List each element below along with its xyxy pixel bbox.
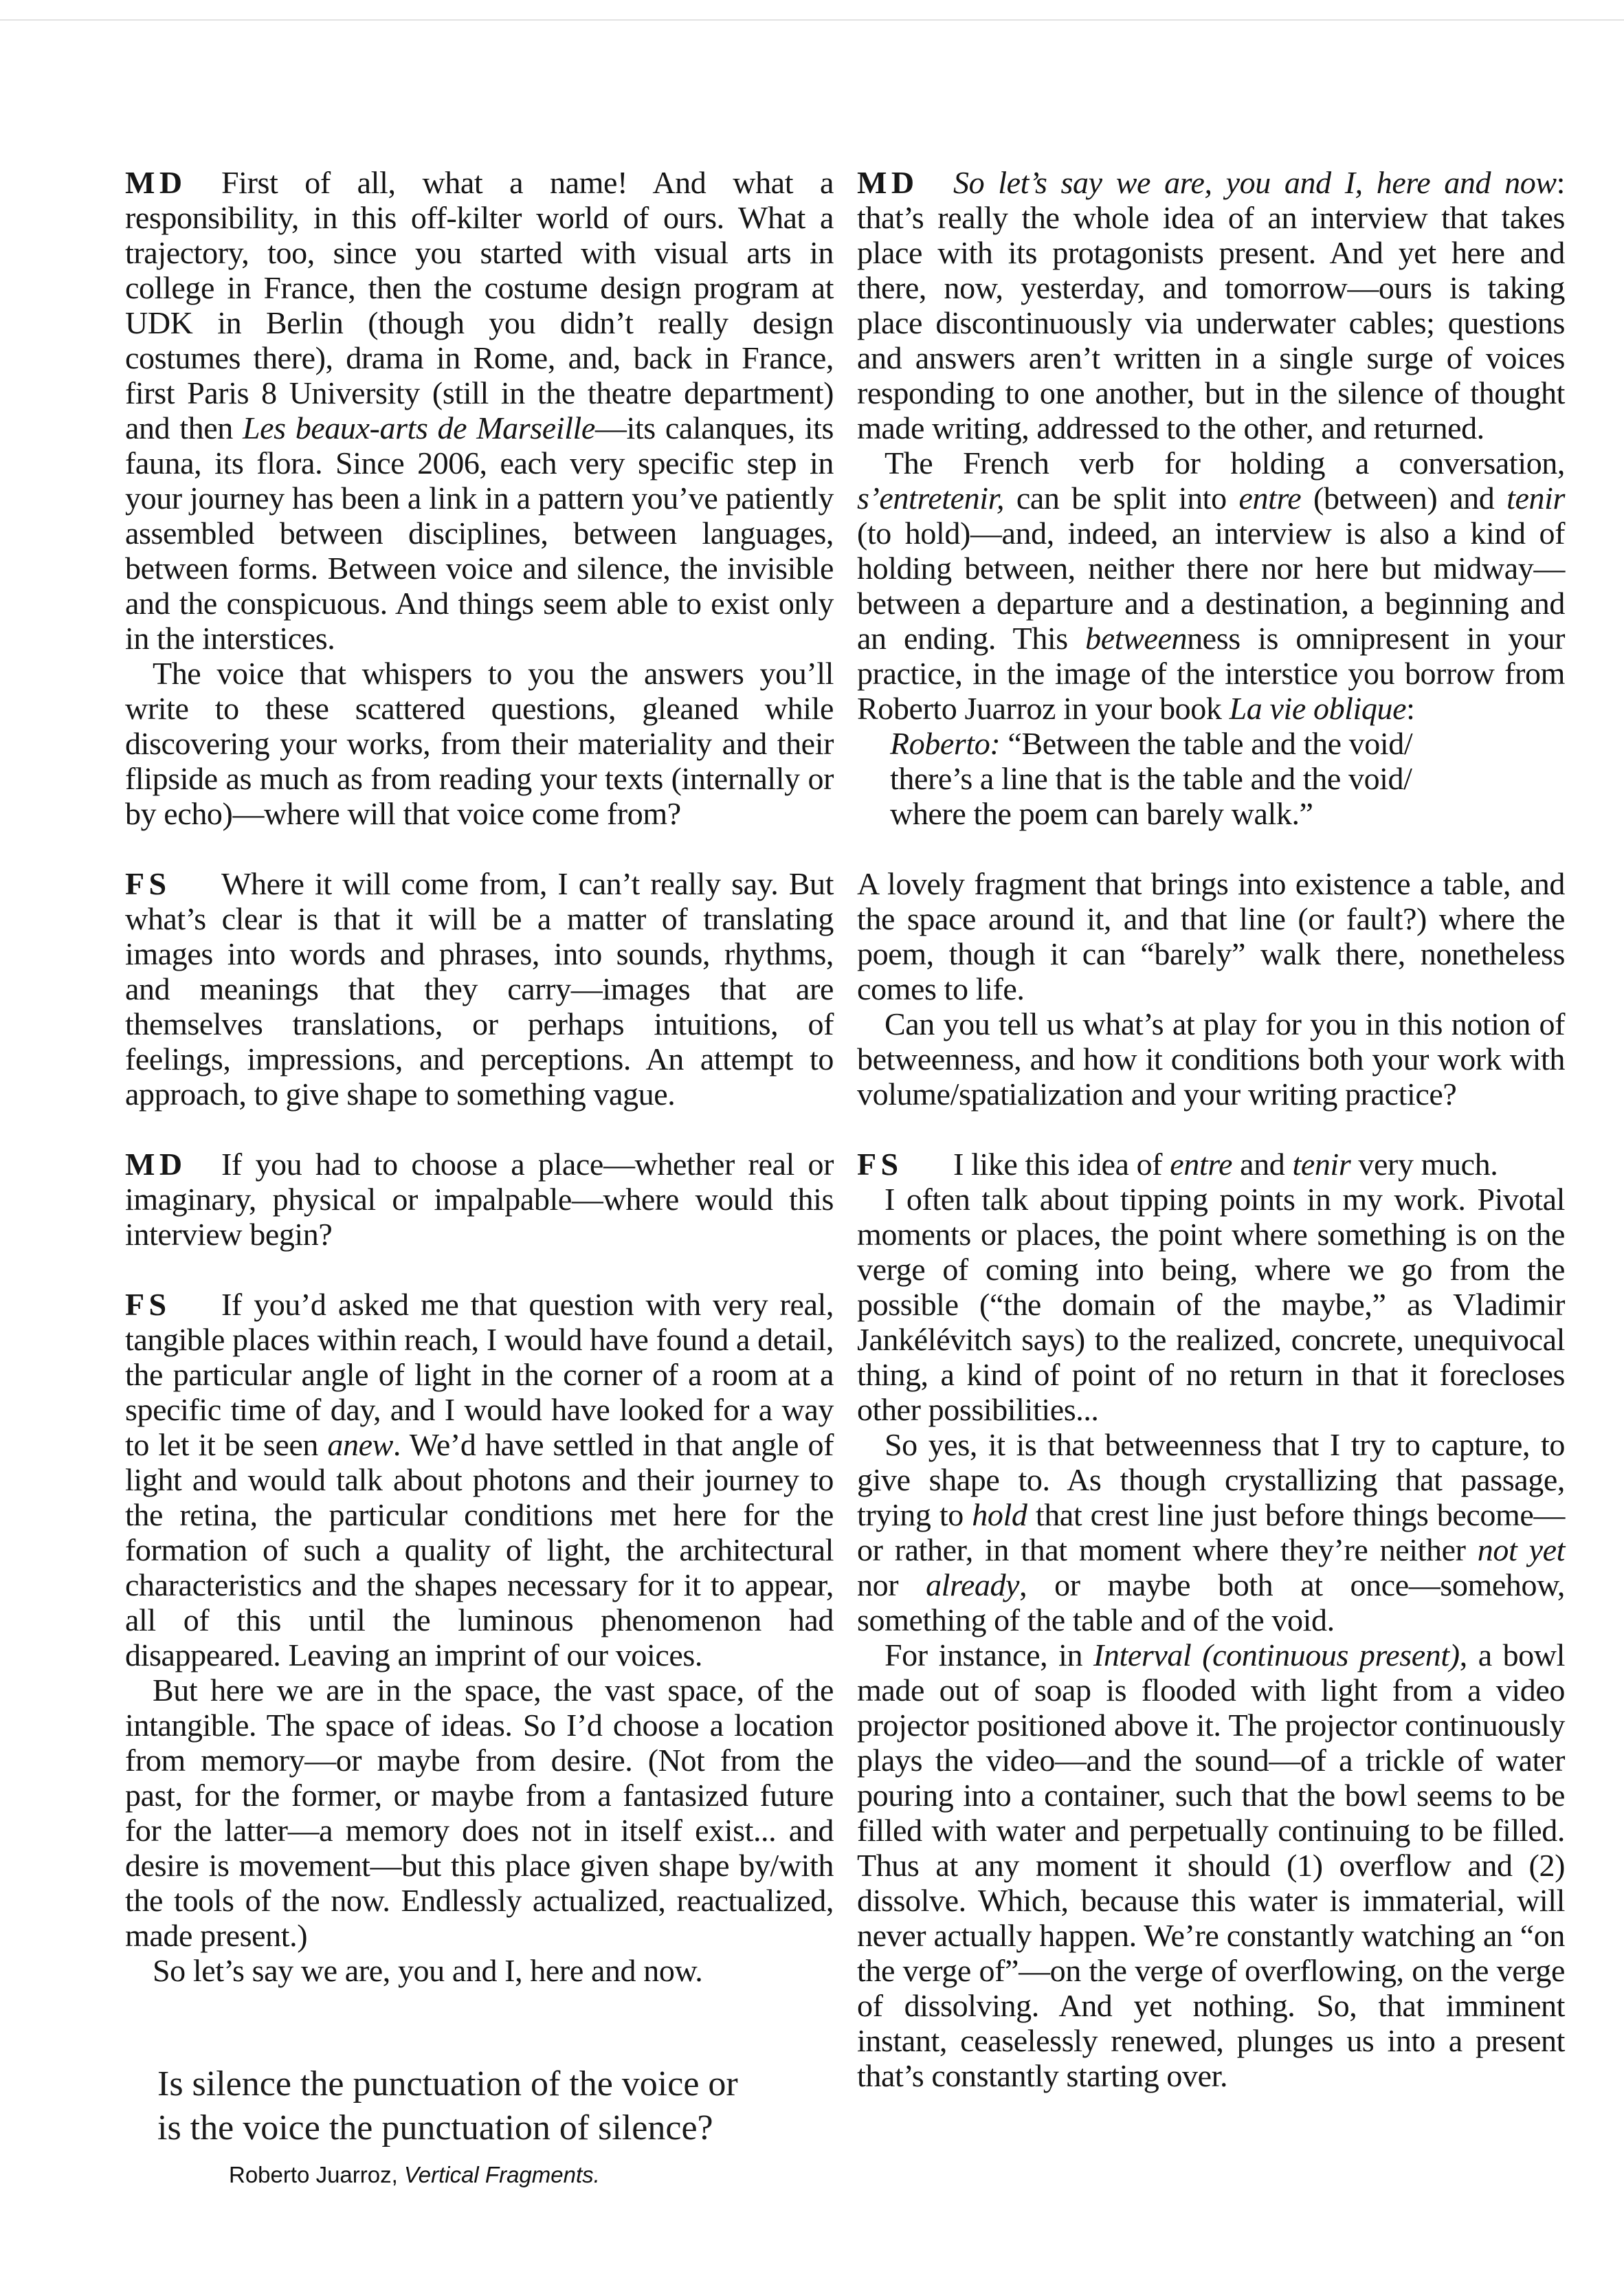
- paragraph-gap: [857, 831, 1565, 866]
- pull-quote-line: is the voice the punctuation of silence?: [157, 2106, 817, 2150]
- text-run: “Between the table and the void/: [1000, 726, 1412, 761]
- speaker-label: FS: [125, 866, 221, 901]
- speaker-paragraph: FSI like this idea of entre and tenir ve…: [857, 1147, 1565, 1182]
- paragraph: So yes, it is that betweenness that I tr…: [857, 1427, 1565, 1637]
- italic-text-run: Roberto:: [890, 726, 1000, 761]
- speaker-paragraph: MDSo let’s say we are, you and I, here a…: [857, 165, 1565, 445]
- text-run: , a bowl made out of soap is flooded wit…: [857, 1637, 1565, 2093]
- italic-text-run: not yet: [1478, 1532, 1565, 1567]
- text-run: A lovely fragment that brings into exist…: [857, 866, 1565, 1006]
- italic-text-run: La vie oblique: [1230, 691, 1407, 726]
- italic-text-run: hold: [972, 1497, 1027, 1532]
- italic-text-run: Les beaux-arts de Marseille: [243, 410, 595, 445]
- speaker-label: MD: [125, 165, 221, 200]
- text-run: —its calanques, its fauna, its flora. Si…: [125, 410, 834, 656]
- text-run: The voice that whispers to you the answe…: [125, 656, 834, 831]
- paragraph-gap: [125, 1112, 834, 1147]
- pull-quote-attribution: Roberto Juarroz, Vertical Fragments.: [157, 2161, 817, 2189]
- text-run: (between) and: [1301, 481, 1506, 516]
- italic-text-run: So let’s say we are, you and I, here and…: [953, 165, 1557, 200]
- blockquote-line: where the poem can barely walk.”: [857, 796, 1565, 831]
- attribution-work-title: Vertical Fragments.: [404, 2162, 600, 2187]
- text-run: . We’d have settled in that angle of lig…: [125, 1427, 834, 1673]
- italic-text-run: already: [926, 1567, 1019, 1602]
- speaker-label: FS: [857, 1147, 953, 1182]
- paragraph: But here we are in the space, the vast s…: [125, 1673, 834, 1953]
- paragraph: The French verb for holding a conversati…: [857, 445, 1565, 726]
- text-run: If you had to choose a place—whether rea…: [125, 1147, 834, 1252]
- text-run: very much.: [1350, 1147, 1498, 1182]
- italic-text-run: between: [1085, 621, 1187, 656]
- text-run: But here we are in the space, the vast s…: [125, 1673, 834, 1953]
- page-top-edge-line: [0, 19, 1624, 21]
- text-run: :: [1406, 691, 1414, 726]
- speaker-paragraph: FSIf you’d asked me that question with v…: [125, 1287, 834, 1673]
- speaker-paragraph: MDFirst of all, what a name! And what a …: [125, 165, 834, 656]
- paragraph: A lovely fragment that brings into exist…: [857, 866, 1565, 1006]
- italic-text-run: Interval (continuous present): [1093, 1637, 1460, 1673]
- italic-text-run: entre: [1170, 1147, 1232, 1182]
- right-text-column: MDSo let’s say we are, you and I, here a…: [857, 165, 1565, 2093]
- paragraph: For instance, in Interval (continuous pr…: [857, 1637, 1565, 2093]
- text-run: nor: [857, 1567, 926, 1602]
- attribution-name: Roberto Juarroz,: [229, 2162, 404, 2187]
- speaker-label: FS: [125, 1287, 221, 1322]
- text-run: Can you tell us what’s at play for you i…: [857, 1006, 1565, 1112]
- paragraph-gap: [125, 1252, 834, 1287]
- italic-text-run: entre: [1238, 481, 1301, 516]
- speaker-label: MD: [857, 165, 953, 200]
- text-run: where the poem can barely walk.”: [890, 796, 1313, 831]
- text-run: First of all, what a name! And what a re…: [125, 165, 834, 445]
- paragraph: Can you tell us what’s at play for you i…: [857, 1006, 1565, 1112]
- text-run: For instance, in: [885, 1637, 1093, 1673]
- text-run: and: [1232, 1147, 1292, 1182]
- paragraph: The voice that whispers to you the answe…: [125, 656, 834, 831]
- paragraph: So let’s say we are, you and I, here and…: [125, 1953, 834, 1988]
- italic-text-run: anew: [327, 1427, 393, 1462]
- text-run: The French verb for holding a conversati…: [885, 445, 1565, 481]
- italic-text-run: tenir: [1506, 481, 1565, 516]
- italic-text-run: s’entretenir,: [857, 481, 1004, 516]
- text-run: So let’s say we are, you and I, here and…: [153, 1953, 702, 1988]
- text-run: I like this idea of: [953, 1147, 1170, 1182]
- text-run: can be split into: [1004, 481, 1238, 516]
- text-run: : that’s really the whole idea of an int…: [857, 165, 1565, 445]
- left-text-column: MDFirst of all, what a name! And what a …: [125, 165, 834, 1988]
- speaker-paragraph: MDIf you had to choose a place—whether r…: [125, 1147, 834, 1252]
- italic-text-run: tenir: [1292, 1147, 1350, 1182]
- text-run: there’s a line that is the table and the…: [890, 761, 1412, 796]
- document-page: MDFirst of all, what a name! And what a …: [0, 0, 1624, 2274]
- paragraph: I often talk about tipping points in my …: [857, 1182, 1565, 1427]
- paragraph-gap: [125, 831, 834, 866]
- blockquote-line: there’s a line that is the table and the…: [857, 761, 1565, 796]
- speaker-label: MD: [125, 1147, 221, 1182]
- text-run: Where it will come from, I can’t really …: [125, 866, 834, 1112]
- text-run: I often talk about tipping points in my …: [857, 1182, 1565, 1427]
- pull-quote-line: Is silence the punctuation of the voice …: [157, 2062, 817, 2106]
- blockquote-line: Roberto: “Between the table and the void…: [857, 726, 1565, 761]
- speaker-paragraph: FSWhere it will come from, I can’t reall…: [125, 866, 834, 1112]
- paragraph-gap: [857, 1112, 1565, 1147]
- pull-quote: Is silence the punctuation of the voice …: [157, 2062, 817, 2211]
